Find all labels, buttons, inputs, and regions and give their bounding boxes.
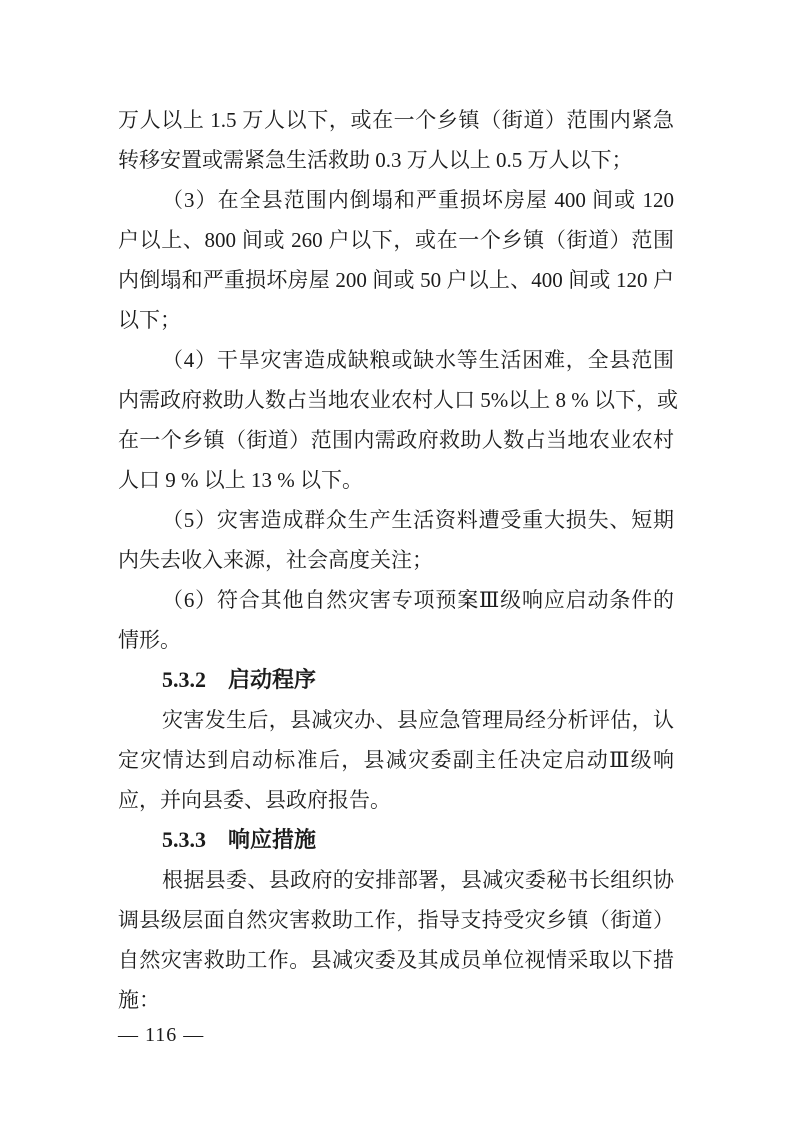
text-line: 5.3.2 启动程序 xyxy=(118,660,674,700)
text-line: 内倒塌和严重损坏房屋 200 间或 50 户以上、400 间或 120 户 xyxy=(118,260,674,300)
text-line: （5）灾害造成群众生产生活资料遭受重大损失、短期 xyxy=(118,500,674,540)
text-line: 5.3.3 响应措施 xyxy=(118,820,674,860)
document-content: 万人以上 1.5 万人以下，或在一个乡镇（街道）范围内紧急转移安置或需紧急生活救… xyxy=(118,100,674,1020)
paragraph: 根据县委、县政府的安排部署，县减灾委秘书长组织协调县级层面自然灾害救助工作，指导… xyxy=(118,860,674,1020)
text-line: 以下； xyxy=(118,300,674,340)
section-heading: 5.3.3 响应措施 xyxy=(118,820,674,860)
text-line: 调县级层面自然灾害救助工作，指导支持受灾乡镇（街道） xyxy=(118,900,674,940)
text-line: 内需政府救助人数占当地农业农村人口 5%以上 8 % 以下，或 xyxy=(118,380,674,420)
text-line: 灾害发生后，县减灾办、县应急管理局经分析评估，认 xyxy=(118,700,674,740)
text-line: 定灾情达到启动标准后，县减灾委副主任决定启动Ⅲ级响 xyxy=(118,740,674,780)
text-line: 转移安置或需紧急生活救助 0.3 万人以上 0.5 万人以下； xyxy=(118,140,674,180)
text-line: 在一个乡镇（街道）范围内需政府救助人数占当地农业农村 xyxy=(118,420,674,460)
paragraph: （5）灾害造成群众生产生活资料遭受重大损失、短期内失去收入来源，社会高度关注； xyxy=(118,500,674,580)
text-line: （4）干旱灾害造成缺粮或缺水等生活困难，全县范围 xyxy=(118,340,674,380)
text-line: 情形。 xyxy=(118,620,674,660)
text-line: 人口 9 % 以上 13 % 以下。 xyxy=(118,460,674,500)
section-heading: 5.3.2 启动程序 xyxy=(118,660,674,700)
paragraph: 灾害发生后，县减灾办、县应急管理局经分析评估，认定灾情达到启动标准后，县减灾委副… xyxy=(118,700,674,820)
paragraph: 万人以上 1.5 万人以下，或在一个乡镇（街道）范围内紧急转移安置或需紧急生活救… xyxy=(118,100,674,180)
text-line: 根据县委、县政府的安排部署，县减灾委秘书长组织协 xyxy=(118,860,674,900)
paragraph: （4）干旱灾害造成缺粮或缺水等生活困难，全县范围内需政府救助人数占当地农业农村人… xyxy=(118,340,674,500)
text-line: 内失去收入来源，社会高度关注； xyxy=(118,540,674,580)
paragraph: （6）符合其他自然灾害专项预案Ⅲ级响应启动条件的情形。 xyxy=(118,580,674,660)
text-line: （6）符合其他自然灾害专项预案Ⅲ级响应启动条件的 xyxy=(118,580,674,620)
text-line: 万人以上 1.5 万人以下，或在一个乡镇（街道）范围内紧急 xyxy=(118,100,674,140)
text-line: （3）在全县范围内倒塌和严重损坏房屋 400 间或 120 xyxy=(118,180,674,220)
text-line: 应，并向县委、县政府报告。 xyxy=(118,780,674,820)
text-line: 施： xyxy=(118,980,674,1020)
document-page: 万人以上 1.5 万人以下，或在一个乡镇（街道）范围内紧急转移安置或需紧急生活救… xyxy=(0,0,793,1122)
text-line: 户以上、800 间或 260 户以下，或在一个乡镇（街道）范围 xyxy=(118,220,674,260)
text-line: 自然灾害救助工作。县减灾委及其成员单位视情采取以下措 xyxy=(118,940,674,980)
page-number: — 116 — xyxy=(118,1020,204,1050)
paragraph: （3）在全县范围内倒塌和严重损坏房屋 400 间或 120户以上、800 间或 … xyxy=(118,180,674,340)
